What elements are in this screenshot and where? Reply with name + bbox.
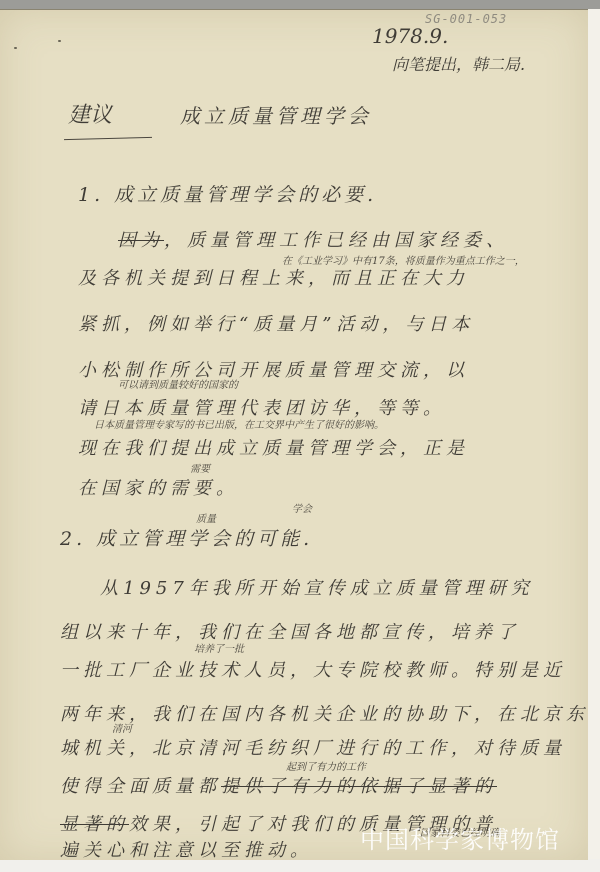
section-2-heading: 2. 成立管理学会的可能. <box>60 524 313 551</box>
section-2-line: 从1957年我所开始宣传成立质量管理研究 <box>100 574 534 600</box>
ink-speck <box>14 47 17 49</box>
insertion-note: 质量 <box>196 510 216 525</box>
line-text: ，质量管理工作已经由国家经委、 <box>164 230 509 251</box>
scan-right-margin <box>588 9 600 859</box>
insertion-note: 培养了一批 <box>194 640 244 655</box>
ink-speck <box>58 40 61 42</box>
insertion-note: 起到了有力的工作 <box>286 758 366 773</box>
insertion-note: 清河 <box>112 720 132 735</box>
document-title: 成立质量管理学会 <box>180 100 372 129</box>
scan-top-border <box>0 0 600 9</box>
section-1-line: 在国家的需要。 <box>78 474 239 500</box>
section-1-line: 因为，质量管理工作已经由国家经委、 <box>118 226 509 252</box>
section-2-line: 一批工厂企业技术人员，大专院校教师。特别是近 <box>60 656 566 682</box>
section-2-line: 两年来，我们在国内各机关企业的协助下，在北京东 <box>60 700 589 726</box>
title-label: 建议 <box>68 98 112 129</box>
insertion-note: 需要 <box>190 460 210 475</box>
struck-text: 提供了有力的依据了显著的 <box>221 776 497 797</box>
document-date: 1978.9. <box>372 24 448 48</box>
struck-text: 因为 <box>118 230 164 251</box>
section-1-line: 现在我们提出成立质量管理学会，正是 <box>78 434 469 460</box>
author-line: 向笔提出，韩二局. <box>392 52 525 75</box>
insertion-note: 学会 <box>292 500 312 515</box>
section-1-heading: 1. 成立质量管理学会的必要. <box>78 180 377 207</box>
section-2-line: 使得全面质量都提供了有力的依据了显著的 <box>60 772 497 798</box>
section-1-line: 及各机关提到日程上来，而且正在大力 <box>78 264 469 290</box>
struck-text: 显著的 <box>60 814 129 835</box>
insertion-note: 日本质量管理专家写的书已出版，在工交界中产生了很好的影响。 <box>94 416 384 431</box>
section-2-line: 遍关心和注意以至推动。 <box>60 836 313 862</box>
section-2-line: 城机关，北京清河毛纺织厂进行的工作，对待质量 <box>60 734 566 760</box>
section-1-line: 紧抓，例如举行“质量月”活动，与日本 <box>78 310 474 336</box>
insertion-note: 可以请到质量较好的国家的 <box>118 376 238 391</box>
museum-watermark: 中国科学家博物馆 <box>360 820 560 855</box>
line-text: 使得全面质量都 <box>60 776 221 797</box>
section-2-line: 组以来十年，我们在全国各地都宣传，培养了 <box>60 618 520 644</box>
